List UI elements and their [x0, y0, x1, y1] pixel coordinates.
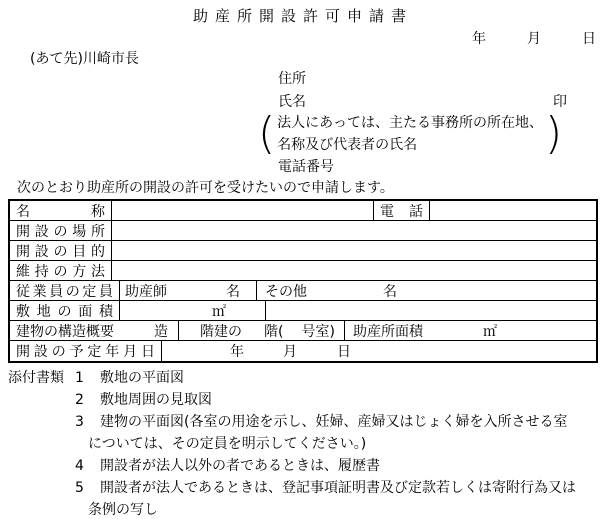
open-date-field[interactable]: 年 月 日	[162, 341, 596, 361]
name-label-cell: 名称	[10, 201, 112, 220]
phone-field[interactable]	[430, 201, 596, 220]
table-row-location: 開設の場所	[10, 221, 596, 241]
attachment-text: については、その定員を明示してください。)	[88, 434, 366, 454]
table-row-purpose: 開設の目的	[10, 241, 596, 261]
phone-label-cell: 電話	[374, 201, 430, 220]
close-paren: )	[545, 111, 562, 157]
date-year-label: 年	[472, 30, 486, 48]
clinic-area-field[interactable]: 助産所面積 ㎡	[345, 321, 596, 340]
form-title: 助産所開設許可申請書	[0, 6, 606, 26]
purpose-label-cell: 開設の目的	[10, 241, 112, 260]
table-row-open-date: 開設の予定年月日 年 月 日	[10, 341, 596, 361]
attachment-text: 開設者が法人以外の者であるときは、履歴書	[100, 456, 380, 476]
attachment-text: 建物の平面図(各室の用途を示し、妊婦、産婦又はじょく婦を入所させる室	[100, 412, 567, 432]
attachment-number: 3	[75, 412, 84, 432]
open-date-label-cell: 開設の予定年月日	[10, 341, 162, 361]
site-area-extra-cell	[266, 301, 596, 320]
attachments-label: 添付書類	[8, 368, 64, 388]
floors-field[interactable]: 階建の 階( 号室)	[179, 321, 345, 340]
name-label: 氏名	[278, 93, 306, 111]
purpose-field[interactable]	[112, 241, 596, 260]
other-staff-count-field[interactable]: その他 名	[257, 281, 596, 300]
attachments-list: 添付書類 1 敷地の平面図 2 敷地周囲の見取図 3 建物の平面図(各室の用途を…	[0, 368, 606, 519]
attachment-text: 条例の写し	[88, 500, 158, 519]
date-day-label: 日	[582, 30, 596, 48]
attachment-text: 敷地周囲の見取図	[100, 390, 212, 410]
date-month-label: 月	[527, 30, 541, 48]
application-form-document: 助産所開設許可申請書 年 月 日 (あて先)川崎市長 住所 氏名 印 ( 法人に…	[0, 0, 606, 519]
phone-number-label: 電話番号	[278, 158, 334, 176]
attachment-item-continuation: 条例の写し	[0, 500, 606, 519]
attachment-item: 3 建物の平面図(各室の用途を示し、妊婦、産婦又はじょく婦を入所させる室	[0, 412, 606, 434]
name-field[interactable]	[112, 201, 374, 220]
attachment-text: 敷地の平面図	[100, 368, 184, 388]
maintenance-field[interactable]	[112, 261, 596, 280]
maintenance-label-cell: 維持の方法	[10, 261, 112, 280]
address-label: 住所	[278, 70, 306, 88]
attachment-item: 2 敷地周囲の見取図	[0, 390, 606, 412]
site-area-label-cell: 敷地の面積	[10, 301, 120, 320]
date-line: 年 月 日	[472, 30, 596, 48]
staff-label-cell: 従業員の定員	[10, 281, 120, 300]
attachment-number: 5	[75, 478, 84, 498]
table-row-maintenance: 維持の方法	[10, 261, 596, 281]
location-field[interactable]	[112, 221, 596, 240]
application-table: 名称 電話 開設の場所 開設の目的 維持の方法	[8, 199, 598, 363]
open-paren: (	[258, 111, 275, 157]
corporate-note-line2: 名称及び代表者の氏名	[277, 134, 543, 156]
table-row-staff: 従業員の定員 助産師 名 その他 名	[10, 281, 596, 301]
attachment-item: 添付書類 1 敷地の平面図	[0, 368, 606, 390]
table-row-structure: 建物の構造概要 造 階建の 階( 号室) 助産所面積 ㎡	[10, 321, 596, 341]
structure-type-field[interactable]: 建物の構造概要 造	[10, 321, 179, 340]
location-label-cell: 開設の場所	[10, 221, 112, 240]
addressee: (あて先)川崎市長	[30, 50, 139, 68]
midwife-count-field[interactable]: 助産師 名	[120, 281, 257, 300]
attachment-text: 開設者が法人であるときは、登記事項証明書及び定款若しくは寄附行為又は	[100, 478, 576, 498]
corporate-note: ( 法人にあっては、主たる事務所の所在地、 名称及び代表者の氏名 )	[258, 111, 562, 157]
table-row-name: 名称 電話	[10, 201, 596, 221]
attachment-item-continuation: については、その定員を明示してください。)	[0, 434, 606, 456]
corporate-note-line1: 法人にあっては、主たる事務所の所在地、	[277, 112, 543, 134]
site-area-field[interactable]: ㎡	[120, 301, 266, 320]
attachment-item: 5 開設者が法人であるときは、登記事項証明書及び定款若しくは寄附行為又は	[0, 478, 606, 500]
table-row-site-area: 敷地の面積 ㎡	[10, 301, 596, 321]
declaration-text: 次のとおり助産所の開設の許可を受けたいので申請します。	[17, 179, 394, 197]
attachment-number: 4	[75, 456, 84, 476]
attachment-item: 4 開設者が法人以外の者であるときは、履歴書	[0, 456, 606, 478]
attachment-number: 2	[75, 390, 84, 410]
attachment-number: 1	[75, 368, 84, 388]
